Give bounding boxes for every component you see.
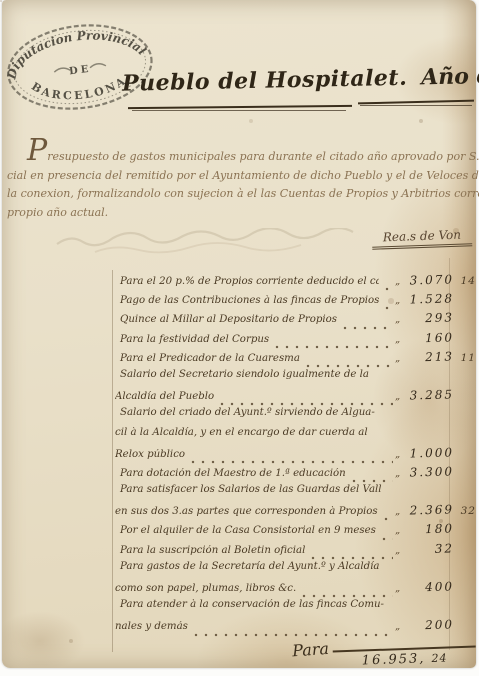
intro-line: propio año actual. (7, 204, 473, 223)
row-text: Pago de las Contribuciones à las fincas … (115, 295, 379, 306)
dotted-leader (385, 302, 393, 311)
dotted-leader (220, 398, 393, 407)
dotted-leader (384, 513, 393, 522)
dotted-leader (191, 456, 393, 465)
total-catchword: Para (291, 635, 333, 661)
row-line: Para atender à la conservación de las fi… (115, 599, 476, 618)
intro-line: Presupuesto de gastos municipales para d… (7, 142, 473, 167)
table-row: Salario del Secretario siendolo igualmen… (115, 369, 476, 407)
row-line: cil à la Alcaldía, y en el encargo de da… (115, 427, 476, 446)
total-reales: 16.953, (361, 651, 425, 668)
row-amount: 400 (404, 579, 454, 594)
row-line: Alcaldía del Pueblo„3.285 (115, 388, 476, 407)
dotted-leader (311, 552, 393, 561)
intro-paragraph: Presupuesto de gastos municipales para d… (7, 142, 473, 222)
row-line: Por el alquiler de la Casa Consistorial … (115, 522, 476, 541)
row-text: Para gastos de la Secretaría del Ayunt.º… (115, 561, 379, 572)
row-text: nales y demás (115, 621, 188, 632)
row-amount: 1.000 (404, 445, 454, 460)
row-text: Para la suscripción al Boletin oficial (115, 545, 305, 556)
ditto-mark: „ (395, 468, 404, 479)
stamp-de-text: DE (69, 64, 92, 78)
ditto-mark: „ (395, 545, 404, 556)
title-place: Pueblo del Hospitalet. (122, 65, 408, 97)
ditto-mark: „ (395, 449, 404, 460)
row-text: Para satisfacer los Salarios de las Guar… (115, 484, 382, 495)
table-row: Para la festividad del Corpus„160 (115, 331, 476, 350)
row-amount: 3.070 (404, 272, 454, 287)
table-row: Para dotación del Maestro de 1.ª educaci… (115, 465, 476, 484)
total-row: Para 16.953, 24 (292, 636, 476, 667)
row-text: Para el 20 p.% de Propios corriente dedu… (115, 276, 379, 287)
row-text: en sus dos 3.as partes que corresponden … (115, 506, 378, 517)
dotted-leader (306, 360, 393, 369)
row-amount: 293 (404, 311, 454, 326)
row-text: Salario del Secretario siendolo igualmen… (115, 369, 369, 380)
row-text: Por el alquiler de la Casa Consistorial … (115, 525, 376, 536)
row-cents: 32 (454, 505, 476, 517)
row-line: Para dotación del Maestro de 1.ª educaci… (115, 465, 476, 484)
dotted-leader (382, 533, 393, 542)
ditto-mark: „ (395, 314, 404, 325)
dotted-leader (352, 475, 393, 484)
table-row: Por el alquiler de la Casa Consistorial … (115, 522, 476, 541)
row-cents: 14 (454, 275, 476, 287)
row-amount: 32 (404, 541, 454, 556)
row-line: Para satisfacer los Salarios de las Guar… (115, 484, 476, 503)
title-place-text: Pueblo del Hospitalet. (122, 65, 408, 97)
row-amount: 160 (404, 330, 454, 345)
row-amount: 3.285 (404, 387, 454, 402)
document-title: Pueblo del Hospitalet.Año de 1837. (122, 56, 475, 98)
table-row: Para el Predicador de la Cuaresma„21311 (115, 350, 476, 369)
row-text: Salario del criado del Ayunt.º sirviendo… (115, 407, 375, 418)
row-line: en sus dos 3.as partes que corresponden … (115, 503, 476, 522)
row-cents: 11 (454, 352, 476, 364)
ditto-mark: „ (395, 391, 404, 402)
row-line: Para el Predicador de la Cuaresma„21311 (115, 350, 476, 369)
table-row: Salario del criado del Ayunt.º sirviendo… (115, 407, 476, 465)
title-underline-thin (132, 110, 346, 111)
ditto-mark: „ (395, 583, 404, 594)
row-line: Para gastos de la Secretaría del Ayunt.º… (115, 561, 476, 580)
intro-line: cial en presencia del remitido por el Ay… (7, 167, 473, 186)
row-text: Para atender à la conservación de las fi… (115, 599, 384, 610)
row-amount: 2.369 (404, 503, 454, 518)
row-amount: 3.300 (404, 464, 454, 479)
paper-stains (0, 0, 2, 2)
dotted-leader (385, 283, 393, 292)
title-year: Año de 1837. (421, 61, 479, 90)
left-column-rule (112, 270, 113, 652)
table-row: Para la suscripción al Boletin oficial„3… (115, 542, 476, 561)
row-amount: 213 (404, 349, 454, 364)
row-line: Relox público„1.000 (115, 446, 476, 465)
amount-column-header: Rea.s de Von (372, 227, 473, 249)
intro-line: la conexion, formalizandolo con sujecion… (7, 185, 473, 204)
row-text: Para el Predicador de la Cuaresma (115, 353, 300, 364)
total-cents: 24 (431, 652, 447, 666)
row-text: Para dotación del Maestro de 1.ª educaci… (115, 468, 346, 479)
table-row: Para atender à la conservación de las fi… (115, 599, 476, 637)
table-row: Pago de las Contribuciones à las fincas … (115, 292, 476, 311)
row-line: Para la festividad del Corpus„160 (115, 331, 476, 350)
year-underline-thin (360, 105, 472, 106)
row-text: Alcaldía del Pueblo (115, 391, 214, 402)
row-text: Para la festividad del Corpus (115, 334, 269, 345)
row-line: Para la suscripción al Boletin oficial„3… (115, 542, 476, 561)
total-amount: 16.953, 24 (332, 646, 476, 670)
row-line: Pago de las Contribuciones à las fincas … (115, 292, 476, 311)
row-text: como son papel, plumas, libros &c. (115, 583, 296, 594)
dotted-leader (343, 322, 393, 331)
ditto-mark: „ (395, 525, 404, 536)
row-text: cil à la Alcaldía, y en el encargo de da… (115, 427, 368, 438)
row-text: Quince al Millar al Depositario de Propi… (115, 314, 337, 325)
dotted-leader (275, 341, 393, 350)
row-amount: 200 (404, 618, 454, 633)
ditto-mark: „ (395, 276, 404, 287)
row-line: Salario del criado del Ayunt.º sirviendo… (115, 407, 476, 426)
row-amount: 1.528 (404, 292, 454, 307)
row-text: Relox público (115, 449, 185, 460)
row-line: Salario del Secretario siendolo igualmen… (115, 369, 476, 388)
ditto-mark: „ (395, 295, 404, 306)
table-row: Para satisfacer los Salarios de las Guar… (115, 484, 476, 522)
table-row: Para el 20 p.% de Propios corriente dedu… (115, 273, 476, 292)
row-line: nales y demás„200 (115, 618, 476, 637)
ditto-mark: „ (395, 506, 404, 517)
row-line: Para el 20 p.% de Propios corriente dedu… (115, 273, 476, 292)
ditto-mark: „ (395, 334, 404, 345)
row-amount: 180 (404, 522, 454, 537)
dotted-leader (302, 590, 393, 599)
row-line: Quince al Millar al Depositario de Propi… (115, 311, 476, 330)
ditto-mark: „ (395, 353, 404, 364)
ditto-mark: „ (395, 621, 404, 632)
table-row: Quince al Millar al Depositario de Propi… (115, 311, 476, 330)
bleedthrough-ink (55, 228, 375, 254)
budget-rows: Para el 20 p.% de Propios corriente dedu… (115, 273, 476, 638)
table-row: Para gastos de la Secretaría del Ayunt.º… (115, 561, 476, 599)
row-line: como son papel, plumas, libros &c.„400 (115, 580, 476, 599)
